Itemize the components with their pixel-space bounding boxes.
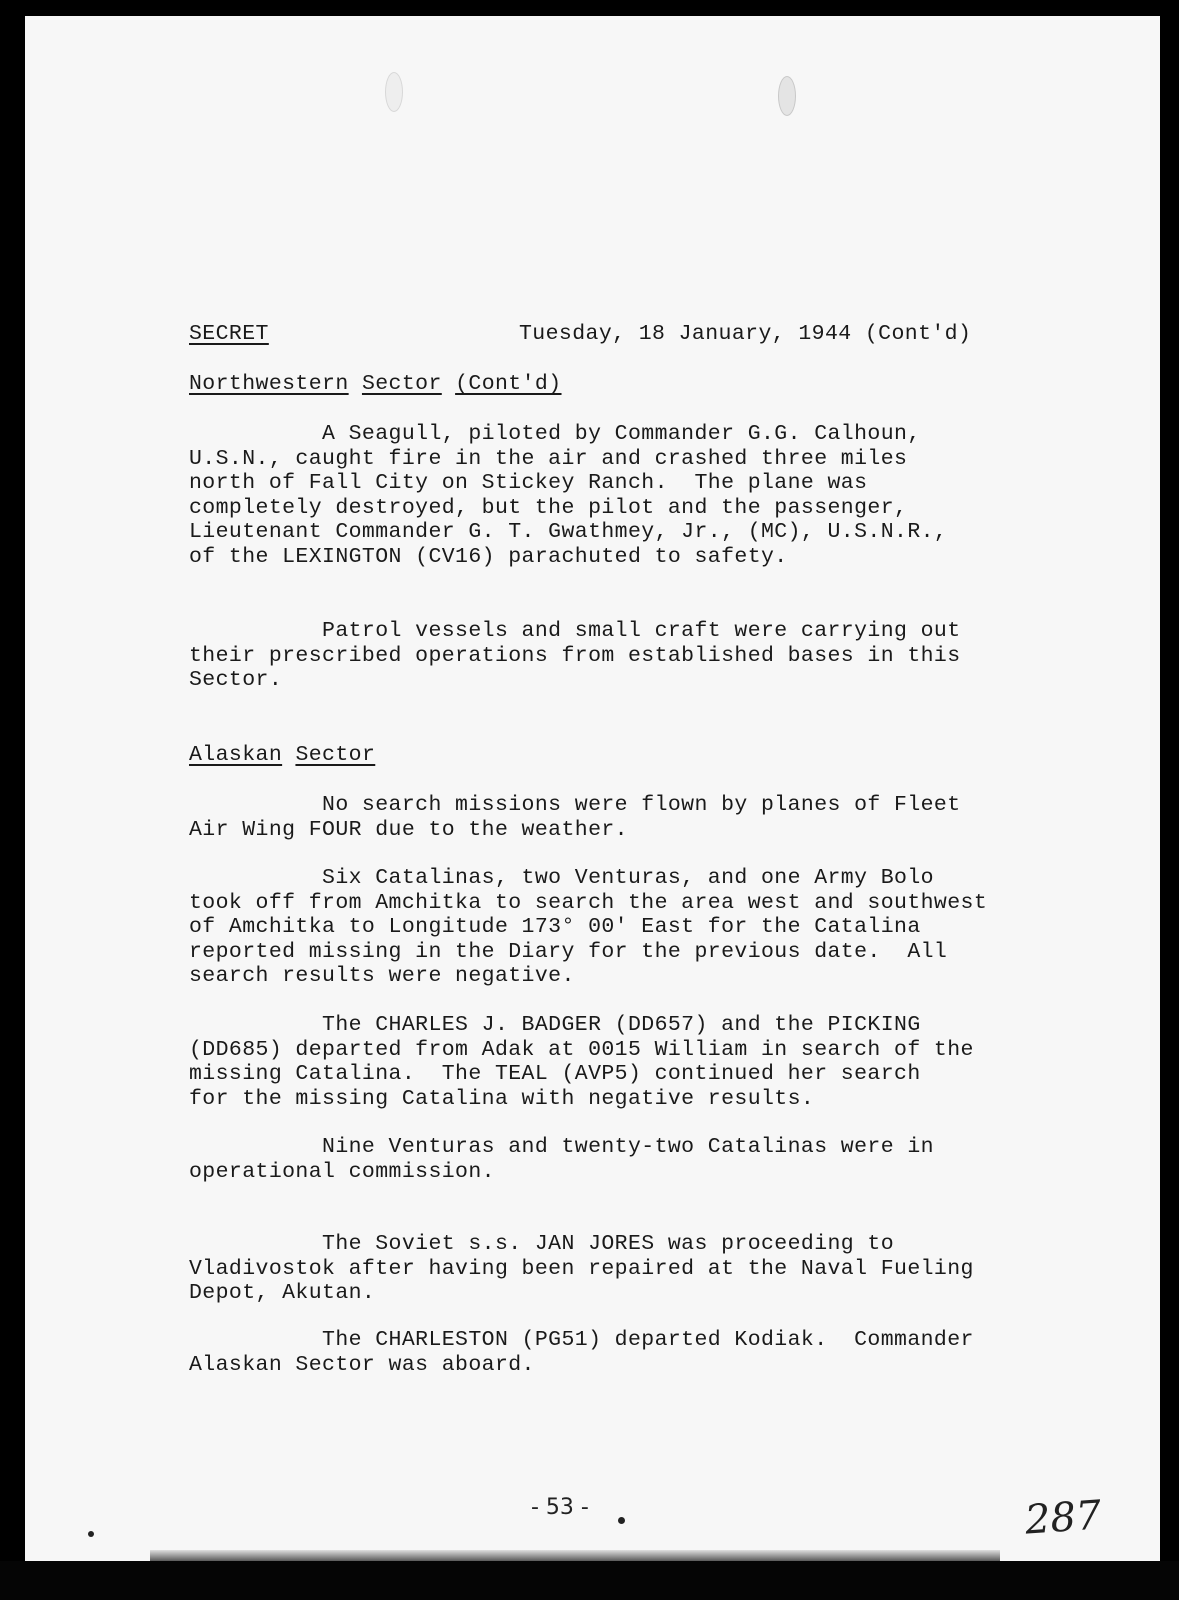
text-line: (DD685) departed from Adak at 0015 Willi… <box>189 1038 974 1063</box>
text-line: of Amchitka to Longitude 173° 00' East f… <box>189 915 987 940</box>
scan-border-bottom <box>0 1561 1179 1600</box>
text-line: The CHARLES J. BADGER (DD657) and the PI… <box>189 1013 974 1038</box>
scan-speck <box>88 1531 94 1537</box>
text-line: took off from Amchitka to search the are… <box>189 891 987 916</box>
text-line: Air Wing FOUR due to the weather. <box>189 818 961 843</box>
heading-word: Sector <box>362 372 442 396</box>
heading-word: Sector <box>295 743 375 767</box>
text-line: U.S.N., caught fire in the air and crash… <box>189 447 947 472</box>
classification-label: SECRET <box>189 322 269 347</box>
text-line: The CHARLESTON (PG51) departed Kodiak. C… <box>189 1328 974 1353</box>
page-number: - 53 - <box>531 1495 589 1520</box>
text-line: Patrol vessels and small craft were carr… <box>189 619 961 644</box>
paragraph-charleston: The CHARLESTON (PG51) departed Kodiak. C… <box>189 1328 974 1377</box>
punch-hole-mark <box>385 72 403 112</box>
text-line: for the missing Catalina with negative r… <box>189 1087 974 1112</box>
text-line: The Soviet s.s. JAN JORES was proceeding… <box>189 1232 974 1257</box>
text-line: Sector. <box>189 668 961 693</box>
text-line: operational commission. <box>189 1160 934 1185</box>
text-line: reported missing in the Diary for the pr… <box>189 940 987 965</box>
text-line: Six Catalinas, two Venturas, and one Arm… <box>189 866 987 891</box>
text-line: their prescribed operations from establi… <box>189 644 961 669</box>
text-line: Alaskan Sector was aboard. <box>189 1353 974 1378</box>
heading-word: (Cont'd) <box>455 372 561 396</box>
section-heading-northwestern: Northwestern Sector (Cont'd) <box>189 372 562 397</box>
heading-word: Northwestern <box>189 372 349 396</box>
text-line: Lieutenant Commander G. T. Gwathmey, Jr.… <box>189 520 947 545</box>
text-line: search results were negative. <box>189 964 987 989</box>
text-line: Depot, Akutan. <box>189 1281 974 1306</box>
paragraph-no-search-missions: No search missions were flown by planes … <box>189 793 961 842</box>
paragraph-amchitka-search: Six Catalinas, two Venturas, and one Arm… <box>189 866 987 989</box>
text-line: Nine Venturas and twenty-two Catalinas w… <box>189 1135 934 1160</box>
paragraph-seagull-crash: A Seagull, piloted by Commander G.G. Cal… <box>189 422 947 570</box>
handwritten-page-number: 287 <box>1023 1492 1102 1543</box>
text-line: of the LEXINGTON (CV16) parachuted to sa… <box>189 545 947 570</box>
document-date: Tuesday, 18 January, 1944 (Cont'd) <box>519 322 971 347</box>
punch-hole-mark <box>778 76 796 116</box>
heading-word: Alaskan <box>189 743 282 767</box>
paragraph-patrol-vessels: Patrol vessels and small craft were carr… <box>189 619 961 693</box>
paragraph-aircraft-commission: Nine Venturas and twenty-two Catalinas w… <box>189 1135 934 1184</box>
text-line: Vladivostok after having been repaired a… <box>189 1257 974 1282</box>
paragraph-badger-picking: The CHARLES J. BADGER (DD657) and the PI… <box>189 1013 974 1111</box>
section-heading-alaskan: Alaskan Sector <box>189 743 375 768</box>
text-line: missing Catalina. The TEAL (AVP5) contin… <box>189 1062 974 1087</box>
text-line: completely destroyed, but the pilot and … <box>189 496 947 521</box>
text-line: north of Fall City on Stickey Ranch. The… <box>189 471 947 496</box>
text-line: A Seagull, piloted by Commander G.G. Cal… <box>189 422 947 447</box>
paragraph-jan-jores: The Soviet s.s. JAN JORES was proceeding… <box>189 1232 974 1306</box>
text-line: No search missions were flown by planes … <box>189 793 961 818</box>
scan-speck <box>618 1517 625 1524</box>
